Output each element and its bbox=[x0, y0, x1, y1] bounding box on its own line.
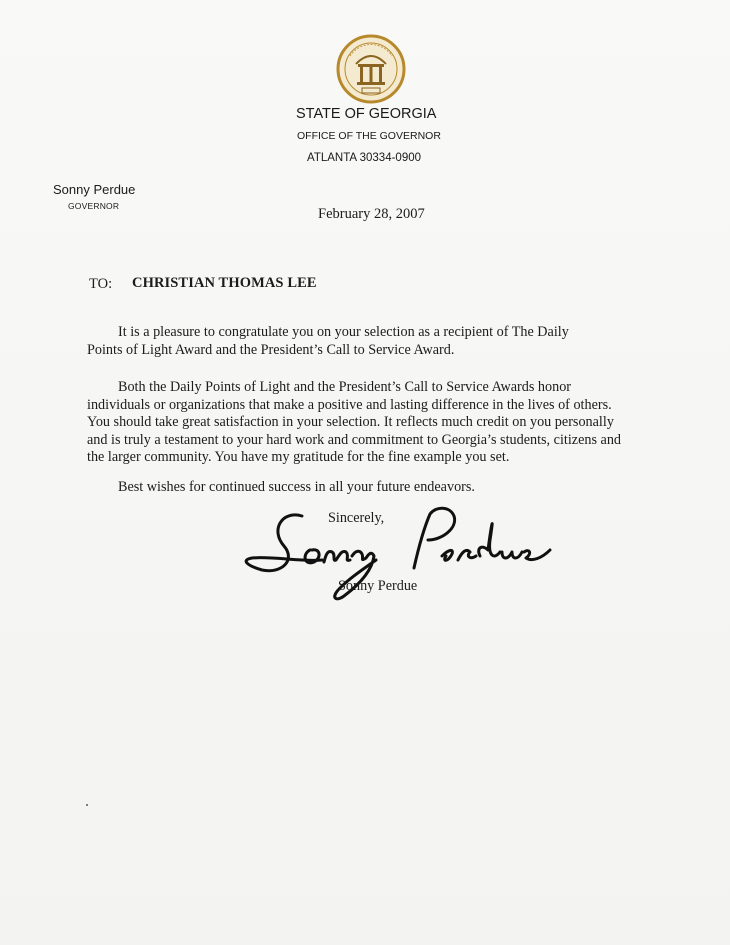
paragraph-2: Both the Daily Points of Light and the P… bbox=[87, 379, 667, 467]
recipient-label: TO: bbox=[89, 276, 112, 293]
sender-name: Sonny Perdue bbox=[53, 182, 135, 197]
sender-title: GOVERNOR bbox=[68, 201, 119, 211]
paragraph-2-line-5: the larger community. You have my gratit… bbox=[87, 449, 509, 465]
paragraph-2-line-2: individuals or organizations that make a… bbox=[87, 397, 612, 413]
typed-signer-name: Sonny Perdue bbox=[338, 578, 417, 595]
paper-speck bbox=[86, 804, 88, 806]
letter-date: February 28, 2007 bbox=[318, 206, 425, 223]
paragraph-3: Best wishes for continued success in all… bbox=[87, 479, 667, 497]
paragraph-1-line-1: It is a pleasure to congratulate you on … bbox=[118, 324, 569, 340]
paragraph-2-line-3: You should take great satisfaction in yo… bbox=[87, 414, 614, 430]
letter-page: STATE OF GEORGIA OFFICE OF THE GOVERNOR … bbox=[0, 0, 730, 945]
paragraph-2-line-1: Both the Daily Points of Light and the P… bbox=[118, 379, 571, 395]
letterhead-city: ATLANTA 30334-0900 bbox=[307, 152, 730, 164]
paragraph-3-text: Best wishes for continued success in all… bbox=[118, 479, 475, 495]
letterhead-state: STATE OF GEORGIA bbox=[296, 106, 730, 122]
paragraph-2-line-4: and is truly a testament to your hard wo… bbox=[87, 432, 621, 448]
paragraph-1-line-2: Points of Light Award and the President’… bbox=[87, 342, 454, 358]
recipient-name: CHRISTIAN THOMAS LEE bbox=[132, 275, 317, 292]
letterhead-office: OFFICE OF THE GOVERNOR bbox=[297, 130, 730, 142]
paragraph-1: It is a pleasure to congratulate you on … bbox=[87, 324, 667, 359]
state-of-georgia-seal-icon bbox=[336, 34, 406, 104]
